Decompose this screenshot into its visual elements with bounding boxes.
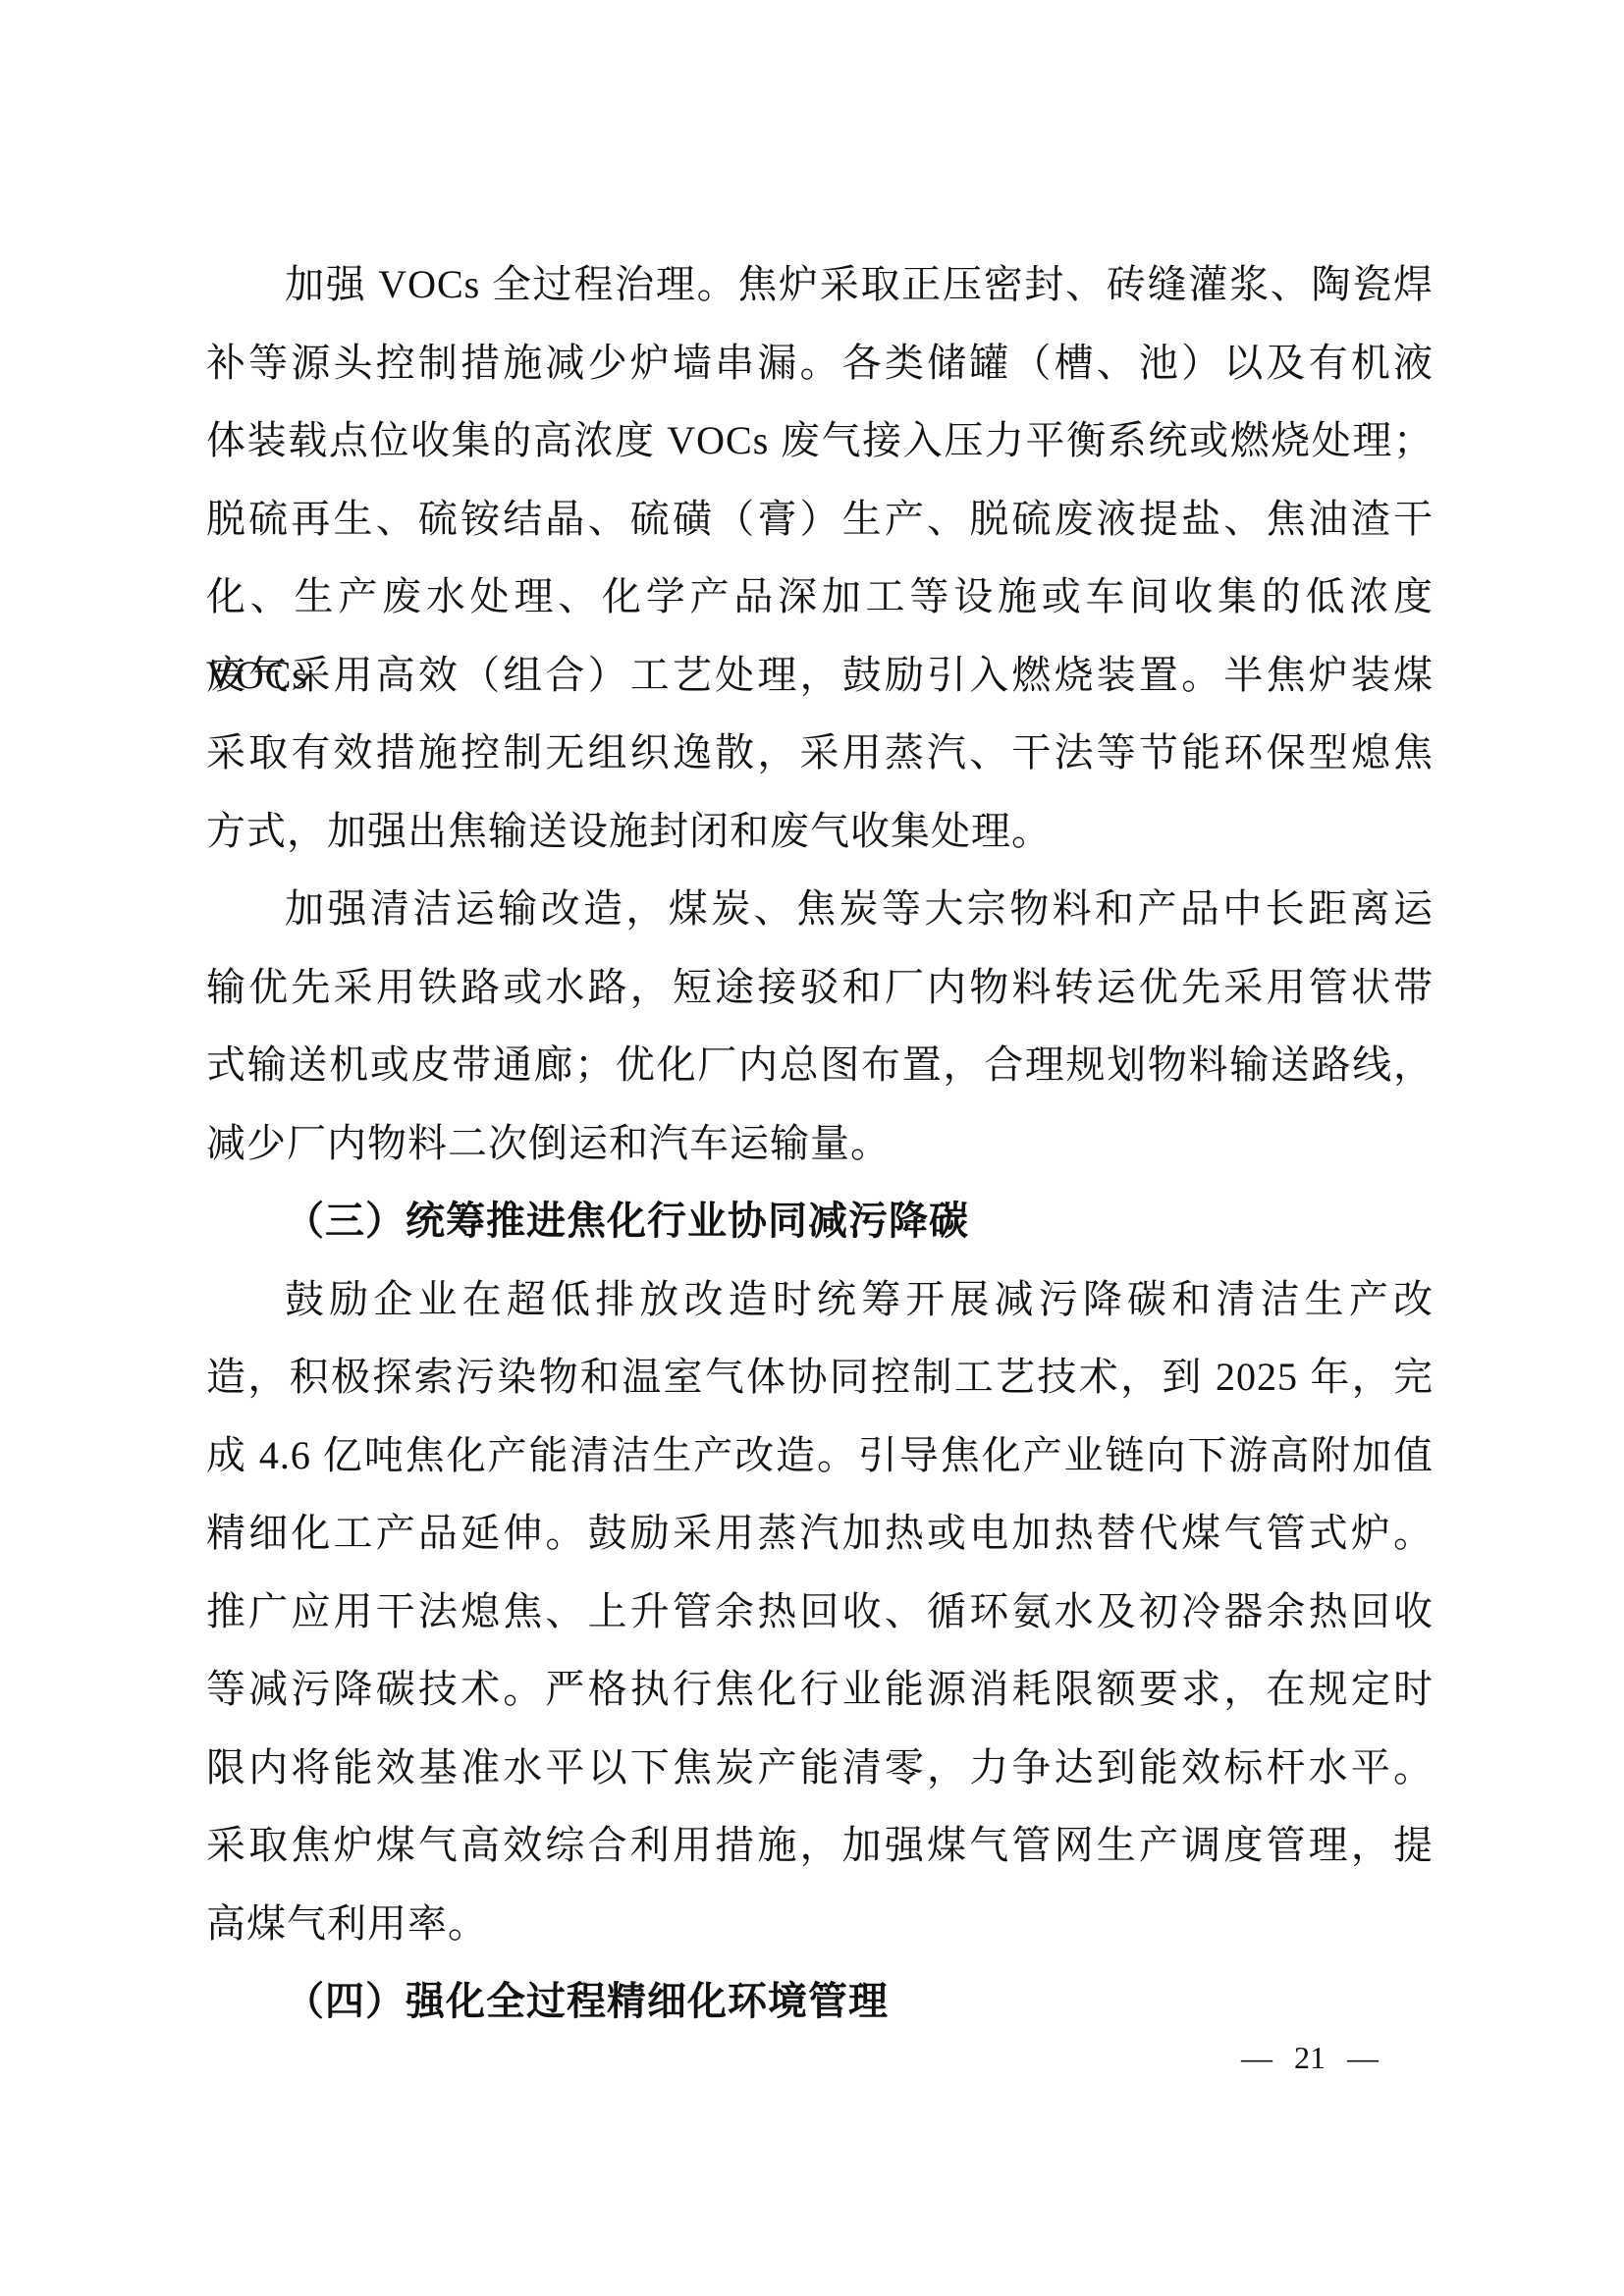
text-line: 精细化工产品延伸。鼓励采用蒸汽加热或电加热替代煤气管式炉。 <box>206 1494 1434 1573</box>
section-heading: （三）统筹推进焦化行业协同减污降碳 <box>206 1182 1434 1260</box>
document-body: 加强 VOCs 全过程治理。焦炉采取正压密封、砖缝灌浆、陶瓷焊补等源头控制措施减… <box>206 245 1434 2041</box>
text-line: 式输送机或皮带通廊；优化厂内总图布置，合理规划物料输送路线， <box>206 1026 1434 1104</box>
text-line: 脱硫再生、硫铵结晶、硫磺（膏）生产、脱硫废液提盐、焦油渣干 <box>206 480 1434 559</box>
document-page: 加强 VOCs 全过程治理。焦炉采取正压密封、砖缝灌浆、陶瓷焊补等源头控制措施减… <box>0 0 1624 2296</box>
text-line: 限内将能效基准水平以下焦炭产能清零，力争达到能效标杆水平。 <box>206 1729 1434 1807</box>
text-line: 加强 VOCs 全过程治理。焦炉采取正压密封、砖缝灌浆、陶瓷焊 <box>206 245 1434 324</box>
text-line: 鼓励企业在超低排放改造时统筹开展减污降碳和清洁生产改 <box>206 1260 1434 1339</box>
text-line: 采取焦炉煤气高效综合利用措施，加强煤气管网生产调度管理，提 <box>206 1806 1434 1885</box>
text-line: 采取有效措施控制无组织逸散，采用蒸汽、干法等节能环保型熄焦 <box>206 714 1434 792</box>
text-line: 减少厂内物料二次倒运和汽车运输量。 <box>206 1104 1434 1183</box>
text-line: 推广应用干法熄焦、上升管余热回收、循环氨水及初冷器余热回收 <box>206 1573 1434 1651</box>
text-line: 补等源头控制措施减少炉墙串漏。各类储罐（槽、池）以及有机液 <box>206 324 1434 402</box>
text-line: 高煤气利用率。 <box>206 1885 1434 1963</box>
page-number: — 21 — <box>1241 2034 1379 2081</box>
text-line: 等减污降碳技术。严格执行焦化行业能源消耗限额要求，在规定时 <box>206 1650 1434 1729</box>
text-line: 加强清洁运输改造，煤炭、焦炭等大宗物料和产品中长距离运 <box>206 870 1434 948</box>
text-line: 造，积极探索污染物和温室气体协同控制工艺技术，到 2025 年，完 <box>206 1338 1434 1416</box>
text-line: 方式，加强出焦输送设施封闭和废气收集处理。 <box>206 792 1434 871</box>
text-line: 体装载点位收集的高浓度 VOCs 废气接入压力平衡系统或燃烧处理； <box>206 401 1434 480</box>
section-heading: （四）强化全过程精细化环境管理 <box>206 1962 1434 2041</box>
text-line: 成 4.6 亿吨焦化产能清洁生产改造。引导焦化产业链向下游高附加值 <box>206 1416 1434 1495</box>
text-line: 化、生产废水处理、化学产品深加工等设施或车间收集的低浓度 VOCs <box>206 558 1434 636</box>
text-line: 输优先采用铁路或水路，短途接驳和厂内物料转运优先采用管状带 <box>206 948 1434 1027</box>
text-line: 废气采用高效（组合）工艺处理，鼓励引入燃烧装置。半焦炉装煤 <box>206 636 1434 715</box>
